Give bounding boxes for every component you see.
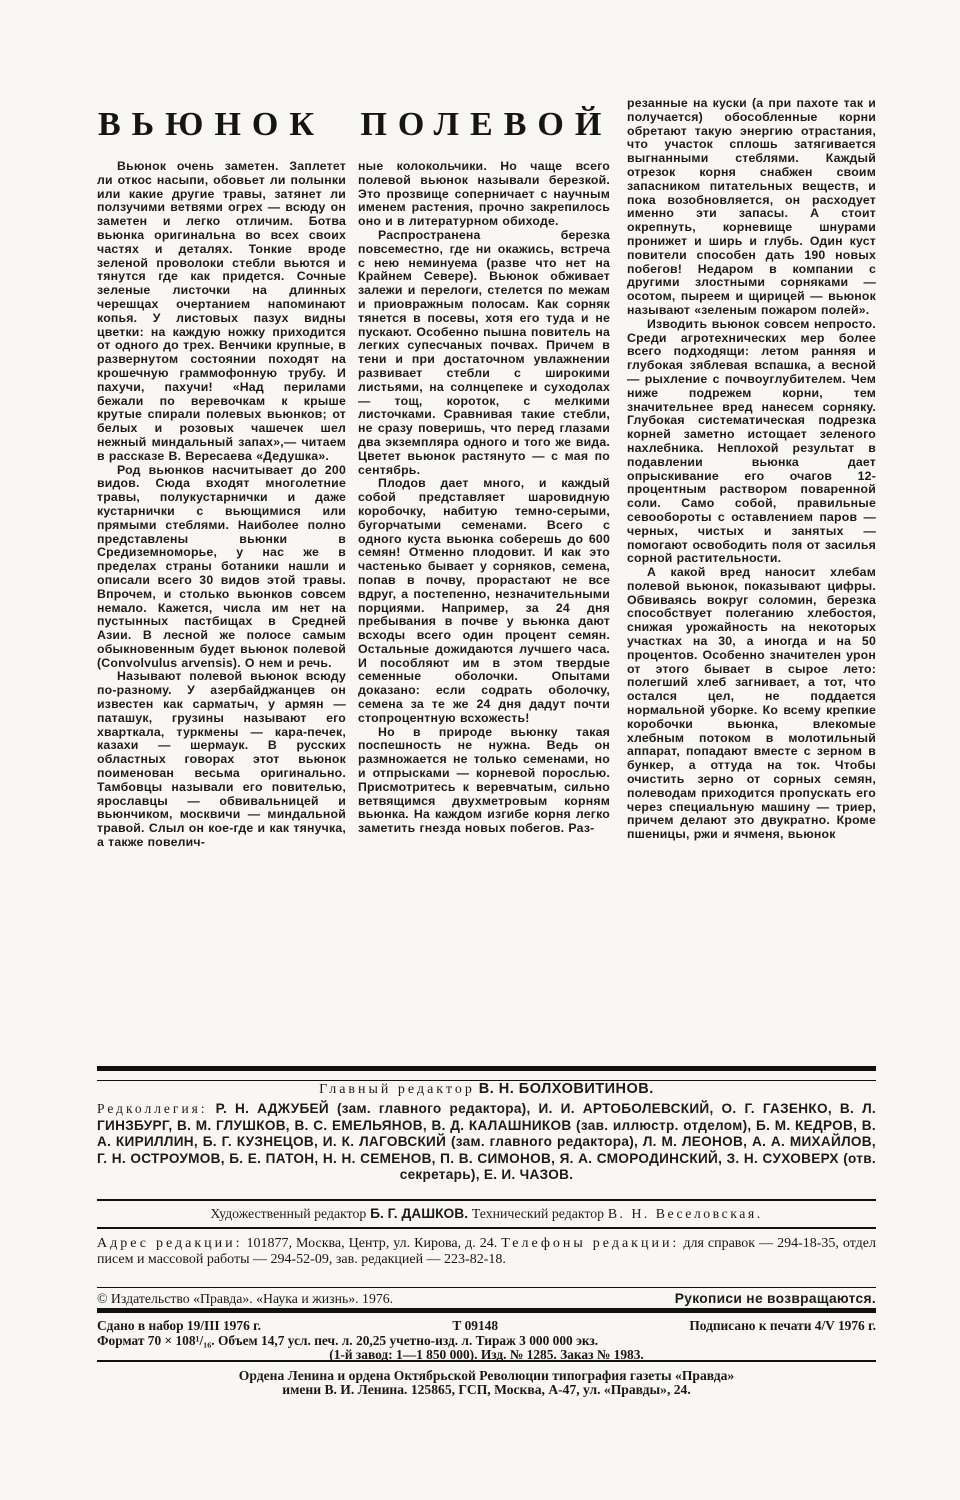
paragraph: Плодов дает много, и каждый собой предст… bbox=[358, 477, 610, 725]
double-rule-divider bbox=[97, 1066, 876, 1081]
print-code: Т 09148 bbox=[452, 1318, 498, 1334]
typeset-date: Сдано в набор 19/III 1976 г. bbox=[97, 1318, 261, 1334]
printing-house-line-2: имени В. И. Ленина. 125865, ГСП, Москва,… bbox=[97, 1382, 876, 1398]
paragraph: Называют полевой вьюнок всюду по-разному… bbox=[97, 670, 346, 849]
text-column-2: ные колокольчики. Но чаще всего полевой … bbox=[358, 160, 610, 1042]
paragraph: Но в природе вьюнку такая поспешность не… bbox=[358, 726, 610, 836]
rule-divider bbox=[97, 1199, 876, 1201]
editorial-board: Редколлегия: Р. Н. АДЖУБЕЙ (зам. главног… bbox=[97, 1101, 876, 1184]
paragraph: ные колокольчики. Но чаще всего полевой … bbox=[358, 160, 610, 229]
paragraph: Распространена березка повсеместно, где … bbox=[358, 229, 610, 477]
print-info-line-1: Сдано в набор 19/III 1976 г. Т 09148 Под… bbox=[97, 1318, 876, 1334]
editorial-board-label: Редколлегия: bbox=[97, 1101, 208, 1116]
phones-label: Телефоны редакции: bbox=[501, 1236, 679, 1251]
chief-editor-label: Главный редактор bbox=[319, 1082, 475, 1097]
rule-divider bbox=[97, 1287, 876, 1288]
copyright-text: © Издательство «Правда». «Наука и жизнь»… bbox=[97, 1291, 393, 1307]
paragraph: резанные на куски (а при пахоте так и по… bbox=[627, 97, 876, 318]
thick-rule-divider bbox=[97, 1308, 876, 1313]
copyright-line: © Издательство «Правда». «Наука и жизнь»… bbox=[97, 1291, 876, 1307]
tech-editor-label: Технический редактор bbox=[472, 1206, 604, 1221]
paragraph: Изводить вьюнок совсем непросто. Среди а… bbox=[627, 318, 876, 566]
text-column-3: резанные на куски (а при пахоте так и по… bbox=[627, 97, 876, 1042]
paragraph: А какой вред наносит хлебам полевой вьюн… bbox=[627, 566, 876, 842]
paragraph: Вьюнок очень заметен. Заплетет ли откос … bbox=[97, 160, 346, 464]
magazine-page: ВЬЮНОК ПОЛЕВОЙ Вьюнок очень заметен. Зап… bbox=[0, 0, 960, 1500]
address-text: 101877, Москва, Центр, ул. Кирова, д. 24… bbox=[247, 1236, 498, 1251]
editors-line: Художественный редактор Б. Г. ДАШКОВ. Те… bbox=[97, 1206, 876, 1222]
tech-editor-name: В. Н. Веселовская. bbox=[608, 1206, 763, 1221]
rule-divider bbox=[97, 1360, 876, 1362]
chief-editor-line: Главный редактор В. Н. БОЛХОВИТИНОВ. bbox=[97, 1080, 876, 1098]
art-editor-name: Б. Г. ДАШКОВ. bbox=[370, 1206, 468, 1221]
article-title: ВЬЮНОК ПОЛЕВОЙ bbox=[98, 102, 618, 148]
address-label: Адрес редакции: bbox=[97, 1236, 243, 1251]
signed-date: Подписано к печати 4/V 1976 г. bbox=[689, 1318, 876, 1334]
paragraph: Род вьюнков насчитывает до 200 видов. Сю… bbox=[97, 464, 346, 671]
art-editor-label: Художественный редактор bbox=[210, 1206, 366, 1221]
editorial-board-names: Р. Н. АДЖУБЕЙ (зам. главного редактора),… bbox=[97, 1101, 876, 1182]
chief-editor-name: В. Н. БОЛХОВИТИНОВ. bbox=[479, 1081, 654, 1097]
text-column-1: Вьюнок очень заметен. Заплетет ли откос … bbox=[97, 160, 346, 1042]
manuscripts-notice: Рукописи не возвращаются. bbox=[675, 1291, 876, 1306]
editorial-address: Адрес редакции: 101877, Москва, Центр, у… bbox=[97, 1236, 876, 1268]
rule-divider bbox=[97, 1227, 876, 1229]
